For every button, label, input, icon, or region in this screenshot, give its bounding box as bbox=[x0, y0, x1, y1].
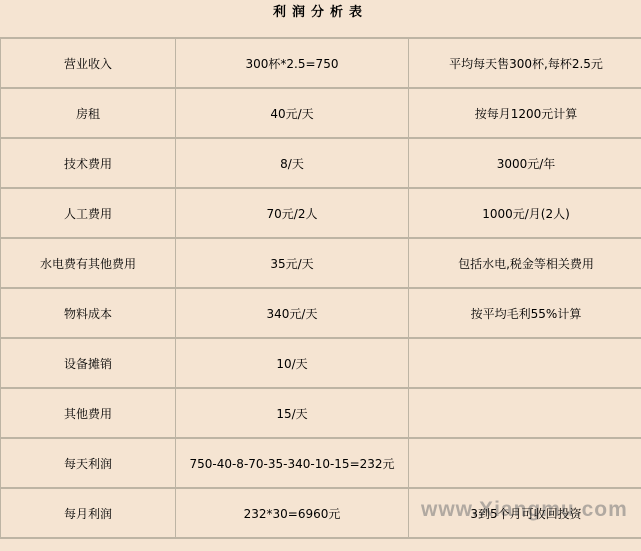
amount-cell: 15/天 bbox=[176, 388, 409, 438]
note-cell bbox=[409, 388, 641, 438]
note-cell: 包括水电,税金等相关费用 bbox=[409, 238, 641, 288]
table-row: 房租 40元/天 按每月1200元计算 bbox=[1, 88, 641, 138]
note-cell: 1000元/月(2人) bbox=[409, 188, 641, 238]
table-row: 营业收入 300杯*2.5=750 平均每天售300杯,每杯2.5元 bbox=[1, 38, 641, 88]
item-cell: 技术费用 bbox=[1, 138, 176, 188]
note-cell: 按平均毛利55%计算 bbox=[409, 288, 641, 338]
table-row: 其他费用 15/天 bbox=[1, 388, 641, 438]
item-cell: 物料成本 bbox=[1, 288, 176, 338]
item-cell: 人工费用 bbox=[1, 188, 176, 238]
amount-cell: 300杯*2.5=750 bbox=[176, 38, 409, 88]
table-row: 水电费有其他费用 35元/天 包括水电,税金等相关费用 bbox=[1, 238, 641, 288]
item-cell: 设备摊销 bbox=[1, 338, 176, 388]
item-cell: 营业收入 bbox=[1, 38, 176, 88]
amount-cell: 70元/2人 bbox=[176, 188, 409, 238]
amount-cell: 8/天 bbox=[176, 138, 409, 188]
table-row: 技术费用 8/天 3000元/年 bbox=[1, 138, 641, 188]
table-row: 设备摊销 10/天 bbox=[1, 338, 641, 388]
amount-cell: 750-40-8-70-35-340-10-15=232元 bbox=[176, 438, 409, 488]
note-cell: 3000元/年 bbox=[409, 138, 641, 188]
amount-cell: 340元/天 bbox=[176, 288, 409, 338]
table-row: 每月利润 232*30=6960元 www.Xiangmu.com 3到5个月可… bbox=[1, 488, 641, 538]
profit-analysis-table: 营业收入 300杯*2.5=750 平均每天售300杯,每杯2.5元 房租 40… bbox=[0, 37, 641, 539]
amount-cell: 35元/天 bbox=[176, 238, 409, 288]
note-cell bbox=[409, 338, 641, 388]
note-cell: www.Xiangmu.com 3到5个月可收回投资 bbox=[409, 488, 641, 538]
item-cell: 房租 bbox=[1, 88, 176, 138]
item-cell: 每天利润 bbox=[1, 438, 176, 488]
amount-cell: 232*30=6960元 bbox=[176, 488, 409, 538]
item-cell: 其他费用 bbox=[1, 388, 176, 438]
note-cell: 按每月1200元计算 bbox=[409, 88, 641, 138]
item-cell: 每月利润 bbox=[1, 488, 176, 538]
amount-cell: 40元/天 bbox=[176, 88, 409, 138]
note-text: 3到5个月可收回投资 bbox=[470, 507, 581, 521]
item-cell: 水电费有其他费用 bbox=[1, 238, 176, 288]
table-title: 利润分析表 bbox=[0, 0, 641, 37]
note-cell: 平均每天售300杯,每杯2.5元 bbox=[409, 38, 641, 88]
amount-cell: 10/天 bbox=[176, 338, 409, 388]
table-row: 每天利润 750-40-8-70-35-340-10-15=232元 bbox=[1, 438, 641, 488]
table-row: 物料成本 340元/天 按平均毛利55%计算 bbox=[1, 288, 641, 338]
table-row: 人工费用 70元/2人 1000元/月(2人) bbox=[1, 188, 641, 238]
note-cell bbox=[409, 438, 641, 488]
